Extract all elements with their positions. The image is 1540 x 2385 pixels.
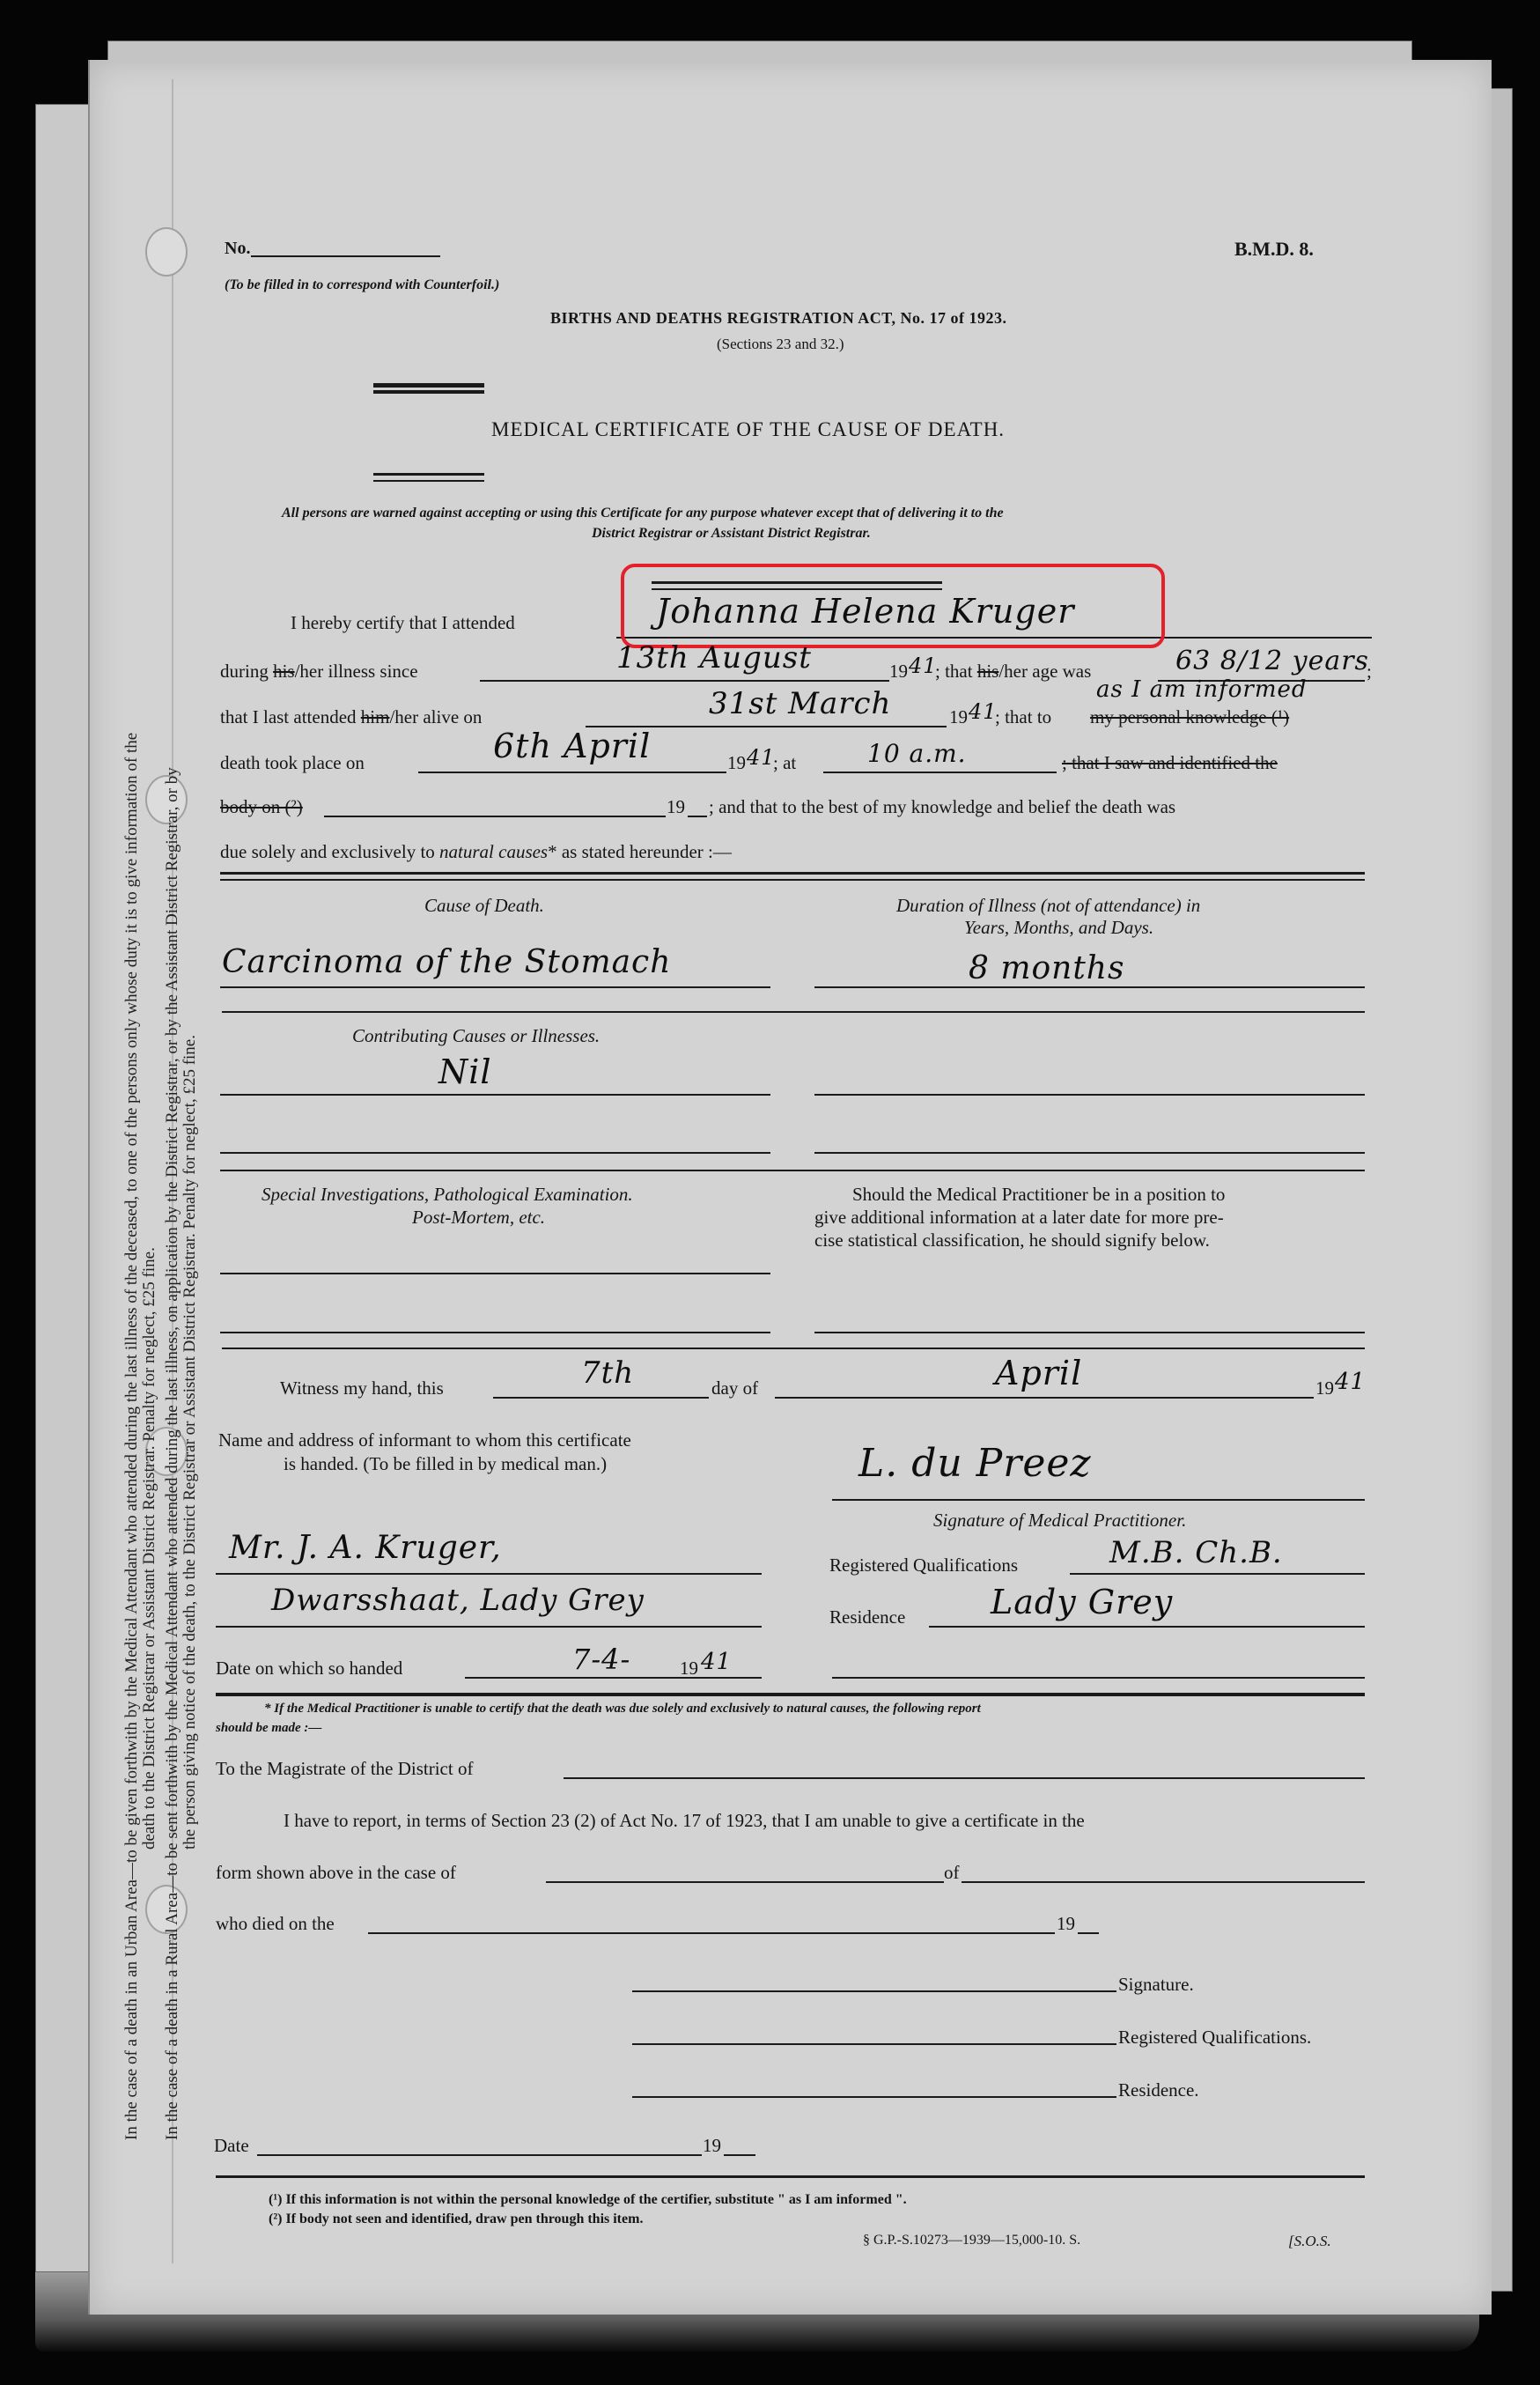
age-label: ; that his/her age was — [935, 662, 1091, 681]
age-struck-his: his — [977, 661, 999, 682]
print-code: § G.P.-S.10273—1939—15,000-10. S. — [863, 2234, 1080, 2248]
report-signature-label: Signature. — [1118, 1975, 1194, 1994]
practitioner-signature-field[interactable] — [832, 1499, 1365, 1501]
case-place-field[interactable] — [962, 1881, 1365, 1883]
age-value: 63 8/12 years — [1175, 648, 1369, 675]
witness-day-field[interactable] — [493, 1397, 709, 1399]
report-text: I have to report, in terms of Section 23… — [284, 1812, 1085, 1830]
informant-label-line1: Name and address of informant to whom th… — [218, 1431, 631, 1450]
death-time-value: 10 a.m. — [867, 742, 967, 766]
last-attended-post: /her alive on — [389, 706, 482, 727]
death-year-value: 41 — [747, 747, 776, 768]
age-label-pre: ; that — [935, 661, 977, 682]
additional-info-line1: Should the Medical Practitioner be in a … — [852, 1185, 1225, 1204]
residence-field[interactable] — [929, 1626, 1365, 1628]
special-divider — [220, 1170, 1365, 1171]
duration-header-line1: Duration of Illness (not of attendance) … — [896, 897, 1200, 915]
date-handed-year-value: 41 — [701, 1650, 732, 1673]
illness-label-post: /her illness since — [295, 661, 418, 682]
report-footnote-line1: * If the Medical Practitioner is unable … — [264, 1702, 981, 1716]
body-struck: body on (²) — [220, 798, 303, 816]
contributing-value: Nil — [438, 1055, 492, 1089]
natural-italic: natural causes — [439, 841, 548, 862]
header-divider-1 — [373, 383, 484, 392]
illness-since-value: 13th August — [616, 643, 812, 673]
witness-month-value: April — [995, 1356, 1082, 1390]
qualifications-field[interactable] — [1070, 1573, 1365, 1575]
report-footnote-line2: should be made :— — [216, 1722, 321, 1735]
belief-text: ; and that to the best of my knowledge a… — [709, 798, 1175, 816]
natural-pre: due solely and exclusively to — [220, 841, 439, 862]
district-label: To the Magistrate of the District of — [216, 1760, 473, 1778]
died-on-label: who died on the — [216, 1915, 335, 1933]
illness-since-field[interactable] — [480, 680, 889, 682]
special-field-1[interactable] — [220, 1273, 770, 1274]
last-attended-struck: him — [361, 706, 390, 727]
date-handed-year-prefix: 19 — [680, 1659, 698, 1678]
illness-label-pre: during — [220, 661, 273, 682]
highlight-box — [621, 564, 1165, 648]
counterfoil-note: (To be filled in to correspond with Coun… — [225, 278, 499, 292]
witness-month-field[interactable] — [775, 1397, 1314, 1399]
residence-label: Residence — [829, 1608, 905, 1627]
knowledge-struck: my personal knowledge (¹) — [1090, 708, 1289, 727]
date-handed-field[interactable] — [465, 1677, 762, 1679]
margin-urban-line2: death to the District Registrar or Assis… — [141, 1247, 158, 1850]
case-name-field[interactable] — [546, 1881, 944, 1883]
date-handed-label: Date on which so handed — [216, 1659, 402, 1678]
practitioner-signature: L. du Preez — [858, 1444, 1092, 1483]
contributing-field-2[interactable] — [220, 1152, 770, 1154]
last-attended-year-prefix: 19 — [949, 708, 968, 727]
additional-field[interactable] — [814, 1332, 1365, 1333]
margin-rural-line2: the person giving notice of the death, t… — [181, 1035, 198, 1850]
binder-hole-top — [145, 227, 188, 277]
duration-field-2[interactable] — [814, 1094, 1365, 1096]
additional-info-line2: give additional information at a later d… — [814, 1208, 1224, 1227]
knowledge-substitute: as I am informed — [1096, 678, 1308, 701]
causes-row-divider — [222, 1011, 1365, 1013]
cause-value: Carcinoma of the Stomach — [222, 947, 671, 978]
margin-rural-line1: In the case of a death in a Rural Area—t… — [164, 767, 181, 2140]
identified-struck: ; that I saw and identified the — [1062, 754, 1278, 772]
report-qualifications-label: Registered Qualifications. — [1118, 2028, 1311, 2047]
certificate-title: MEDICAL CERTIFICATE OF THE CAUSE OF DEAT… — [491, 419, 1005, 439]
attended-label: I hereby certify that I attended — [291, 614, 515, 632]
district-field[interactable] — [564, 1777, 1365, 1779]
informant-label-line2: is handed. (To be filled in by medical m… — [284, 1455, 607, 1473]
death-label: death took place on — [220, 754, 365, 772]
warning-line2: District Registrar or Assistant District… — [592, 527, 871, 541]
report-divider — [216, 1693, 1365, 1696]
body-date-field[interactable] — [324, 816, 666, 817]
residence-value: Lady Grey — [991, 1585, 1173, 1619]
qualifications-value: M.B. Ch.B. — [1109, 1538, 1283, 1568]
causes-divider — [220, 872, 1365, 881]
report-date-year-prefix: 19 — [703, 2137, 721, 2155]
contributing-header: Contributing Causes or Illnesses. — [352, 1027, 600, 1045]
title-rule-bottom — [373, 473, 484, 482]
report-date-field[interactable] — [257, 2154, 702, 2156]
special-header-line1: Special Investigations, Pathological Exa… — [262, 1185, 633, 1204]
informant-name-value: Mr. J. A. Kruger, — [229, 1532, 502, 1564]
report-date-year-field[interactable] — [724, 2154, 755, 2156]
margin-urban-line1: In the case of a death in an Urban Area—… — [123, 733, 140, 2140]
duration-field[interactable] — [814, 986, 1365, 988]
died-year-prefix: 19 — [1057, 1915, 1075, 1933]
report-signature-field[interactable] — [632, 1990, 1116, 1992]
report-residence-field[interactable] — [632, 2096, 1116, 2098]
natural-post: * as stated hereunder :— — [548, 841, 732, 862]
knowledge-label: ; that to — [995, 708, 1051, 727]
act-title: BIRTHS AND DEATHS REGISTRATION ACT, No. … — [550, 310, 1006, 326]
report-qualifications-field[interactable] — [632, 2043, 1116, 2045]
death-date-value: 6th April — [493, 729, 651, 763]
practitioner-signature-label: Signature of Medical Practitioner. — [933, 1511, 1186, 1530]
case-label: form shown above in the case of — [216, 1864, 456, 1882]
illness-struck-his: his — [273, 661, 295, 682]
warning-line1: All persons are warned against accepting… — [282, 506, 1004, 521]
last-attended-value: 31st March — [709, 689, 891, 719]
informant-address-value: Dwarsshaat, Lady Grey — [271, 1585, 645, 1615]
died-year-field[interactable] — [1078, 1932, 1099, 1934]
date-handed-value: 7-4- — [572, 1645, 630, 1673]
witness-year-value: 41 — [1335, 1370, 1366, 1393]
duration-header-line2: Years, Months, and Days. — [964, 919, 1153, 937]
special-header-line2: Post-Mortem, etc. — [412, 1208, 545, 1227]
footnote-1: (¹) If this information is not within th… — [269, 2193, 907, 2207]
cause-header: Cause of Death. — [424, 897, 544, 915]
qualifications-label: Registered Qualifications — [829, 1556, 1018, 1575]
body-year-prefix: 19 — [667, 798, 685, 816]
illness-year-prefix: 19 — [889, 662, 908, 681]
age-semicolon: ; — [1367, 662, 1372, 681]
death-year-prefix: 19 — [727, 754, 746, 772]
informant-name-field[interactable] — [216, 1573, 762, 1575]
footnote-2: (²) If body not seen and identified, dra… — [269, 2212, 643, 2226]
last-attended-label: that I last attended him/her alive on — [220, 708, 482, 727]
form-code: B.M.D. 8. — [1234, 240, 1314, 259]
additional-info-line3: cise statistical classification, he shou… — [814, 1231, 1210, 1250]
witness-year-prefix: 19 — [1315, 1379, 1334, 1398]
witness-divider — [222, 1348, 1365, 1349]
age-label-post: /her age was — [998, 661, 1091, 682]
report-date-label: Date — [214, 2137, 249, 2155]
body-year-field[interactable] — [688, 816, 707, 817]
witness-label: Witness my hand, this — [280, 1379, 444, 1398]
last-attended-year-value: 41 — [969, 701, 998, 722]
natural-causes-line: due solely and exclusively to natural ca… — [220, 843, 732, 861]
sos-mark: [S.O.S. — [1288, 2234, 1331, 2248]
number-field[interactable] — [251, 255, 440, 257]
number-label: No. — [225, 240, 250, 257]
case-of-label: of — [944, 1864, 960, 1882]
footnotes-divider — [216, 2175, 1365, 2178]
contributing-field-1[interactable] — [220, 1094, 770, 1096]
witness-day-value: 7th — [581, 1358, 634, 1388]
death-time-field[interactable] — [823, 772, 1057, 773]
report-residence-label: Residence. — [1118, 2081, 1199, 2100]
special-field-2[interactable] — [220, 1332, 770, 1333]
died-on-field[interactable] — [368, 1932, 1055, 1934]
practitioner-blank-field[interactable] — [832, 1677, 1365, 1679]
act-sections: (Sections 23 and 32.) — [717, 336, 844, 351]
duration-field-3[interactable] — [814, 1152, 1365, 1154]
informant-address-field[interactable] — [216, 1626, 762, 1628]
last-attended-pre: that I last attended — [220, 706, 361, 727]
cause-field[interactable] — [220, 986, 770, 988]
illness-year-value: 41 — [909, 655, 938, 676]
duration-value: 8 months — [969, 953, 1124, 985]
illness-since-label: during his/her illness since — [220, 662, 418, 681]
day-of-label: day of — [711, 1379, 758, 1398]
death-time-label: ; at — [773, 754, 796, 772]
death-date-field[interactable] — [418, 772, 726, 773]
